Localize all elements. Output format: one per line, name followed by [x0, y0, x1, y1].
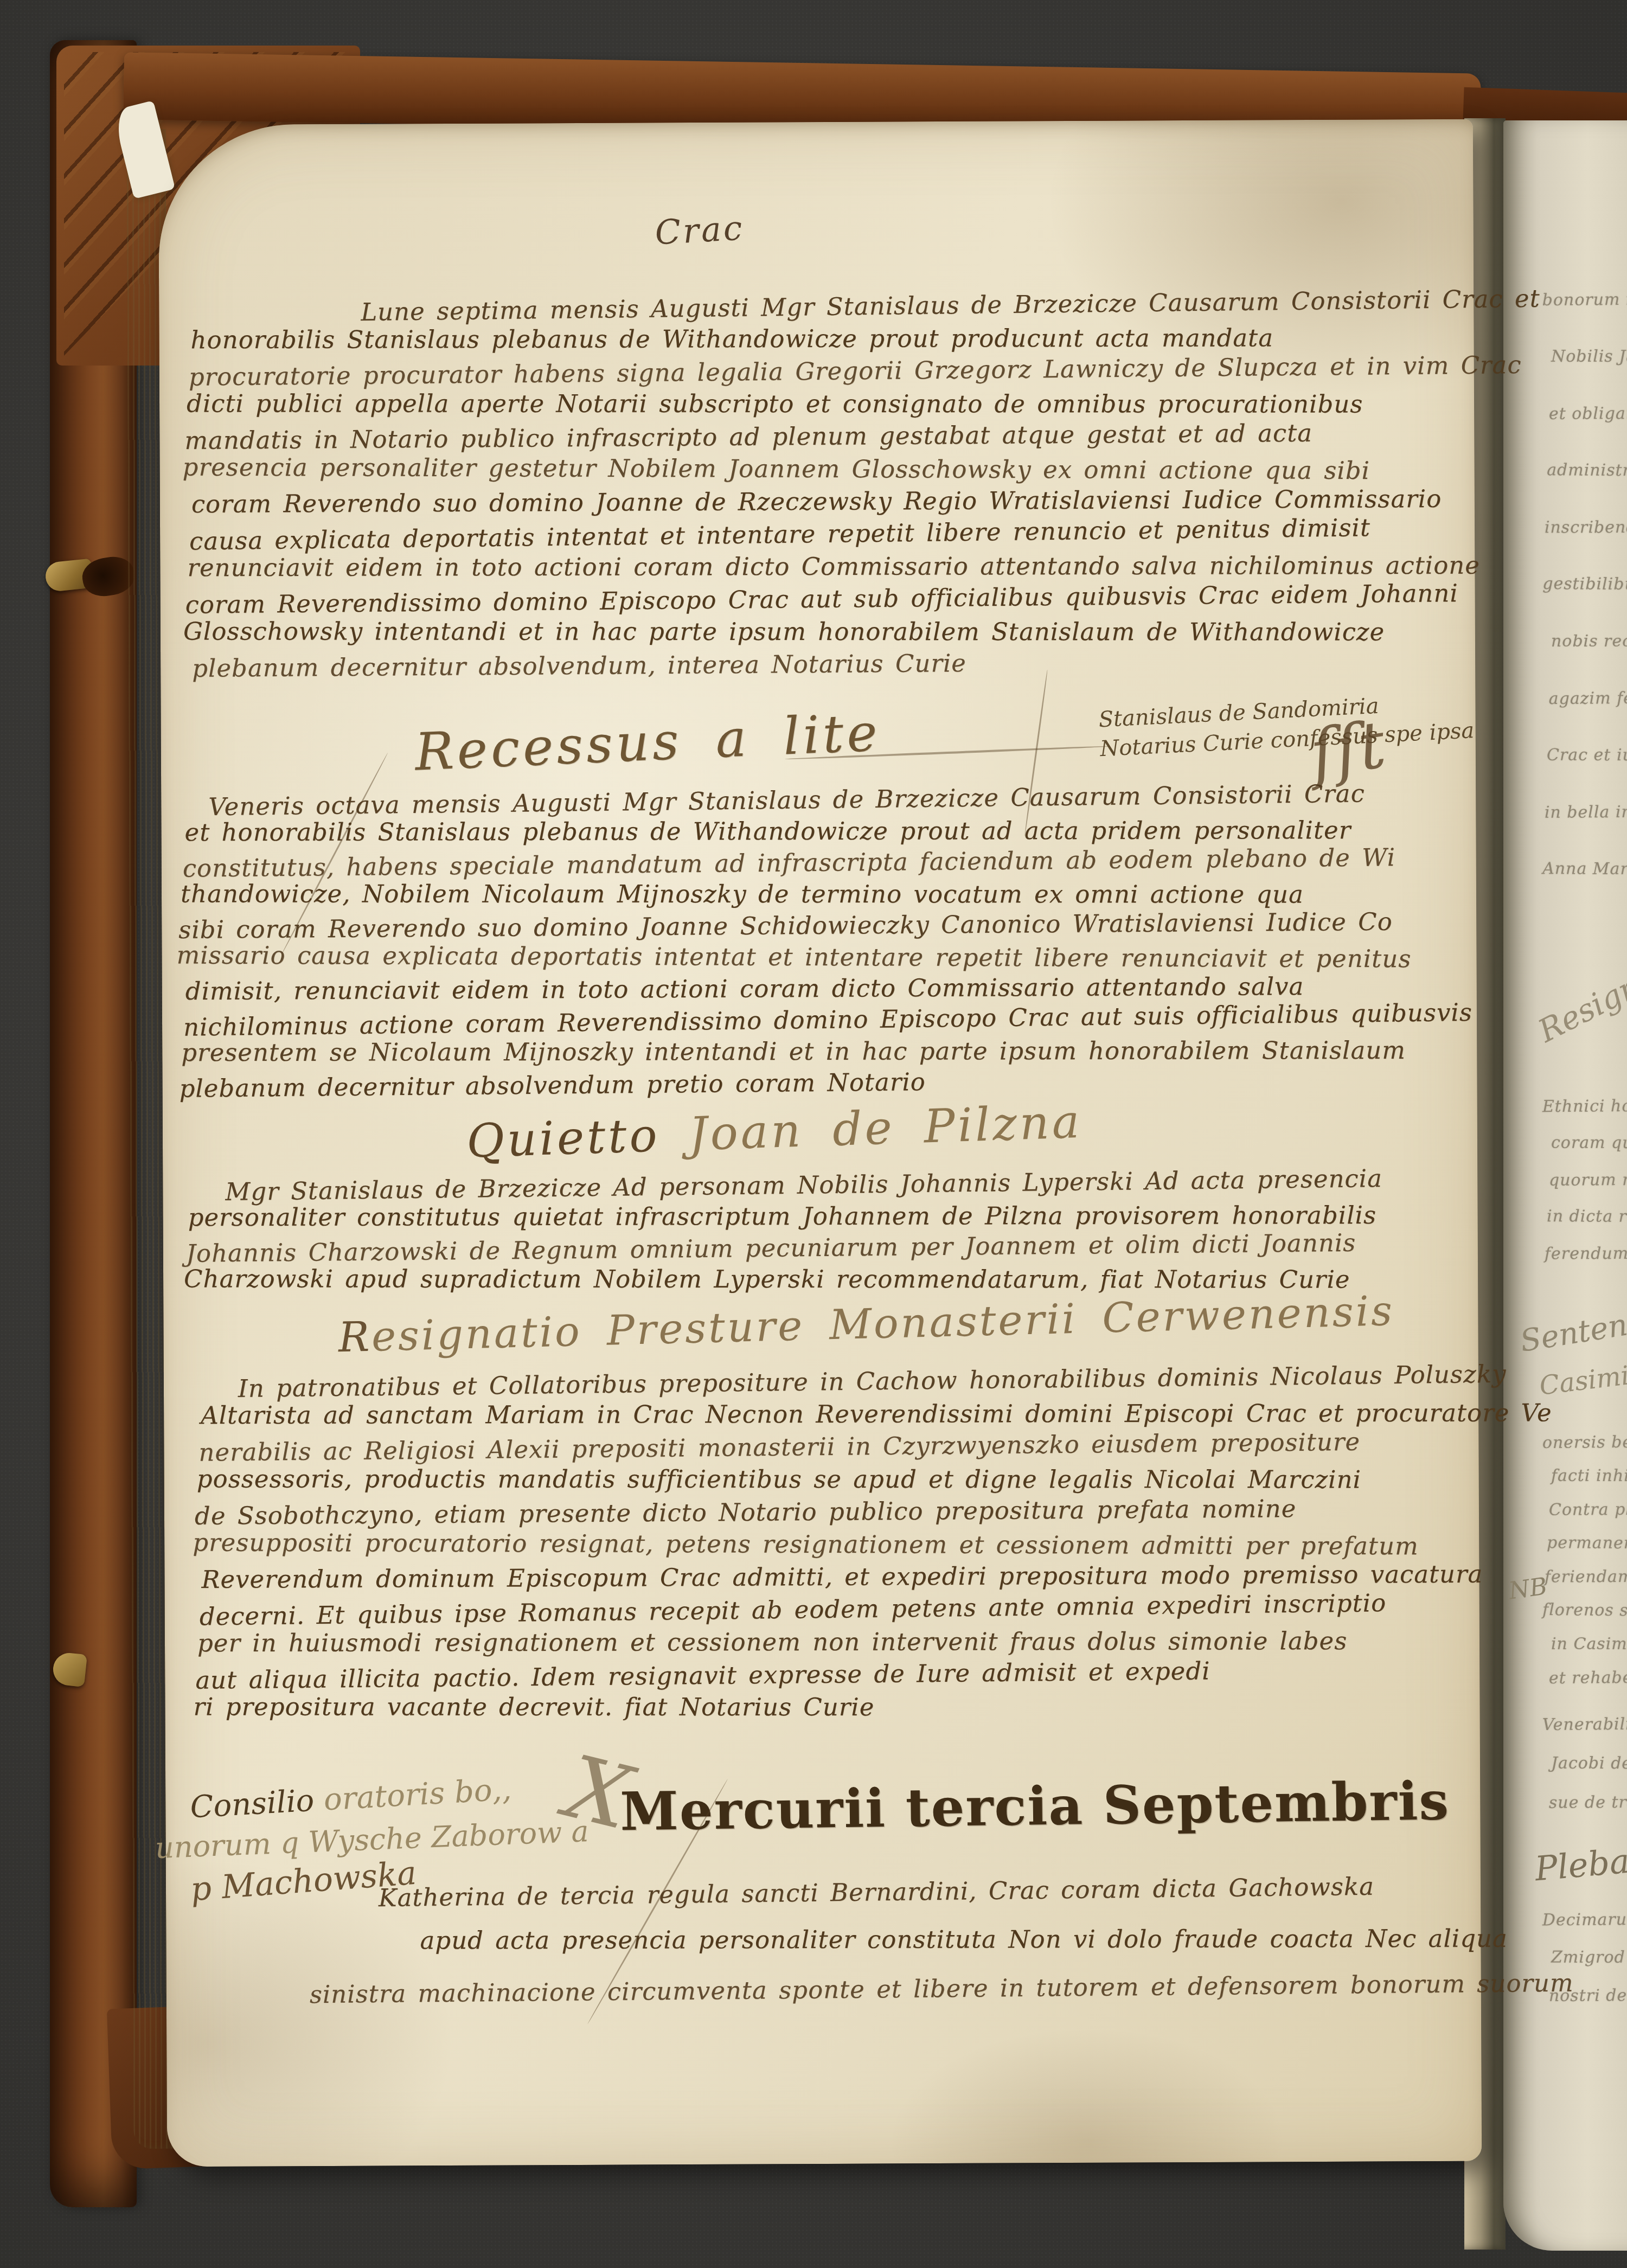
next-page-text-line: nobis recepit: [1551, 632, 1627, 689]
manuscript-page-content: Crac Lune septima mensis Augusti Mgr Sta…: [158, 119, 1482, 2167]
next-page-text-line: Ethnici honesta: [1542, 1096, 1627, 1134]
next-page-text-line: gestibilibus tres: [1542, 574, 1627, 632]
photo-background: bonorum in WyelNobilis Jacobiet obligami…: [0, 0, 1627, 2268]
next-page-heading-resignatio: Resignatio: [1533, 940, 1627, 1049]
manuscript-text-line: sinistra machinacione circumventa sponte…: [310, 1970, 1627, 2031]
next-page-text-line: Crac et iudicii: [1547, 746, 1627, 803]
heading-quietto-word: Quietto: [466, 1109, 661, 1168]
next-page-text-line: Jacobi de acone: [1551, 1754, 1627, 1793]
next-page-text-block-4: Venerabilis CleJacobi de aconesue de tra…: [1547, 1715, 1627, 1832]
next-page-text-line: onersis beneficii: [1542, 1432, 1627, 1467]
next-page-text-line: Contra plebanum: [1549, 1500, 1627, 1534]
next-page-text-line: in dicta resignacione: [1547, 1207, 1627, 1245]
next-page-text-line: ferendum fecit: [1545, 1244, 1627, 1282]
next-page-text-block-2: Ethnici honestacoram que midquorum resig…: [1547, 1097, 1627, 1281]
next-page-text-line: feriendam 15 fl: [1545, 1567, 1627, 1601]
next-page-text-line: in Casimiria: [1551, 1635, 1627, 1668]
entry-lune-septima: Lune septima mensis Augusti Mgr Stanisla…: [186, 291, 1451, 720]
manuscript-text-line: plebanum decernitur absolvendum, interea…: [192, 648, 1456, 689]
next-page-text-line: Anna Maria: [1542, 859, 1627, 917]
next-page-text-line: inscribendum: [1545, 518, 1627, 575]
next-page-text-line: in bella inter se: [1545, 802, 1627, 860]
next-page-text-line: florenos sexag: [1542, 1600, 1627, 1635]
nota-bene-mark: NB: [1507, 1572, 1549, 1605]
next-page-text-block-1: bonorum in WyelNobilis Jacobiet obligami…: [1547, 290, 1627, 917]
next-page-text-line: et rehabere: [1549, 1668, 1627, 1702]
next-page-text-line: coram que mid: [1551, 1133, 1627, 1171]
next-page-text-line: facti inhibitione: [1551, 1466, 1627, 1501]
page-header-crac: Crac: [654, 208, 746, 252]
next-page-text-line: quorum resignacio: [1549, 1170, 1627, 1208]
margin-note-text: Consilio: [189, 1783, 315, 1825]
next-page-heading-casimirie: Casimirie: [1538, 1356, 1627, 1401]
manuscript-page: Crac Lune septima mensis Augusti Mgr Sta…: [158, 119, 1482, 2167]
entry-veneris-octava: Veneris octava mensis Augusti Mgr Stanis…: [180, 785, 1451, 1105]
next-page-text-line: agazim festo: [1549, 688, 1627, 746]
next-page-text-line: Venerabilis Cle: [1542, 1714, 1627, 1754]
next-page-heading-sententia: Sententia: [1518, 1301, 1627, 1359]
entry-quietto: Mgr Stanislaus de Brzezicze Ad personam …: [183, 1170, 1453, 1301]
heading-quietto-joan-de-pilzna: Quietto Joan de Pilzna: [466, 1095, 1083, 1169]
next-page-text-line: sue de tradicione: [1549, 1792, 1627, 1832]
next-page-text-line: et obligamini: [1549, 403, 1627, 461]
manuscript-text-line: Glosschowsky intentandi et in hac parte …: [183, 619, 1447, 652]
margin-note-text: oratoris bo,,: [323, 1772, 513, 1818]
entry-katherina: Katherina de tercia regula sancti Bernar…: [307, 1875, 1627, 2028]
next-page-text-line: permanere voluit: [1547, 1533, 1627, 1567]
next-page-text-line: administrat eodem: [1547, 460, 1627, 518]
next-page-text-block-3: onersis beneficiifacti inhibitioneContra…: [1547, 1433, 1627, 1702]
heading-mercurii-tercia-septembris: Mercurii tercia Septembris: [620, 1770, 1450, 1842]
margin-note-consilio: Consilio oratoris bo,,: [189, 1772, 513, 1825]
next-page-text-line: bonorum in Wyel: [1542, 290, 1627, 348]
heading-quietto-rest: Joan de Pilzna: [688, 1095, 1083, 1161]
entry-resignatio: In patronatibus et Collatoribus preposit…: [196, 1367, 1456, 1730]
next-page-text-line: Nobilis Jacobi: [1551, 347, 1627, 405]
manuscript-text-line: ri prepositura vacante decrevit. fiat No…: [194, 1694, 1452, 1727]
